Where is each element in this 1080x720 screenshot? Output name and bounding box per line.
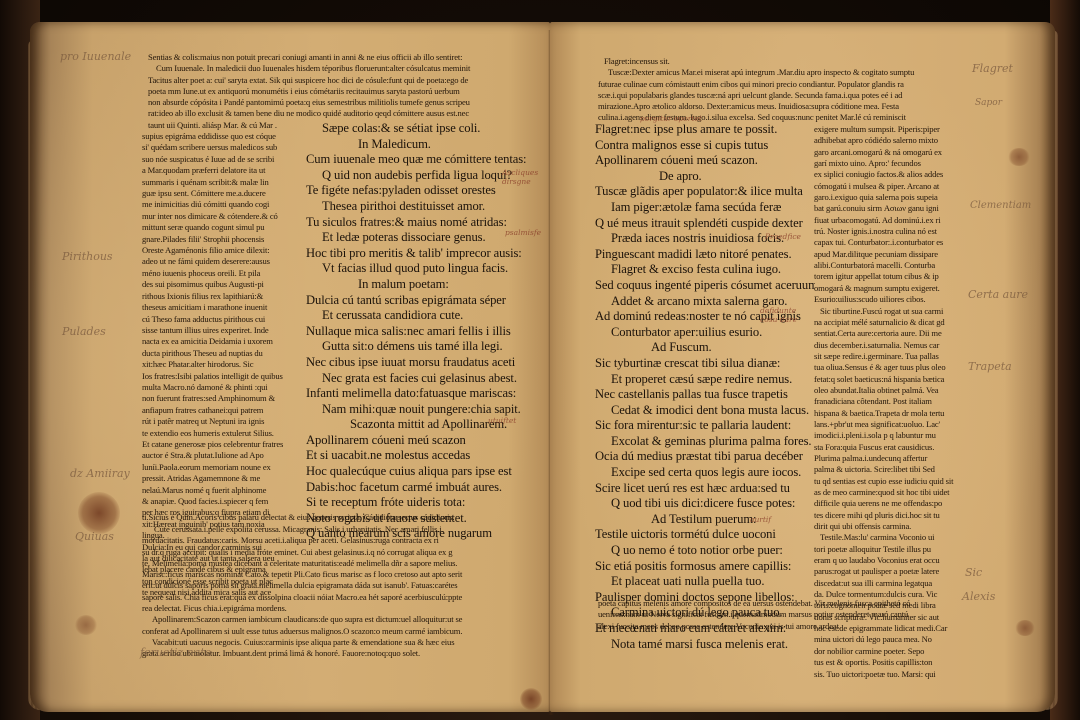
verse-line: Gutta sit:o démens uis tamé illa legi. [306,339,546,355]
commentary-line: des sui pisomimus quibus Augusti-pi [142,279,302,290]
verse-line: Conturbator aper:uilius esurio. [595,325,815,341]
commentary-line: poeta capitus melenis amore compositos d… [598,598,960,609]
verse-line: Sic etiá positis formosus amere capillis… [595,559,815,575]
verse-line: Sic fora mirentur:sic te pallaria lauden… [595,418,815,434]
verse-line: Hoc tibi pro meritis & talib' imprecor a… [306,246,546,262]
commentary-line: futurae culinae cum cómistautt enim cibo… [598,79,978,90]
verse-line: Thesea pirithoi destituisset amor. [306,199,546,215]
verse-line: Nullaque mica salis:nec amari fellis i i… [306,324,546,340]
verse-line: Q uanto mearum scis amore nugarum [306,526,546,542]
commentary-line: erit:ut dulcis saporis poma sit grata.me… [142,580,532,591]
commentary-line: adeo ut ne fámi quidem deserere:ausus [142,256,302,267]
commentary-line: pressit. Atridas Agamemnone & me [142,473,302,484]
commentary-line: tori poetæ alloquitur Testile illus pu [814,544,960,555]
commentary-line: te extendio eos humeris extulerut Silius… [142,428,302,439]
commentary-line: apud Mar.dilitque pecuniam dissipare [814,249,960,260]
commentary-line: me inimicitias diú cómitti quando cogi [142,199,302,210]
commentary-line: Marisc:ficus mariscas nominat Cato.& tep… [142,569,532,580]
verse-line: Iam piger:ætolæ fama secúda feræ [595,200,815,216]
commentary-line: dor nobilior carmine poeter. Sepo [814,646,960,657]
verse-line: Excolat & geminas plurima palma fores. [595,434,815,450]
commentary-line: garo arcani.omogarú & ná omogarú ex [814,147,960,158]
commentary-line: trú. Noster ignis.i.nostra culina nó est [814,226,960,237]
commentary-line: na accipiat mélé saturnalicio & dicat gd [814,317,960,328]
commentary-line: tua oliua.Sensus é & ager tuus plus oleo [814,362,960,373]
stain [520,688,542,710]
commentary-line: rat:ideo ab illo exclusit & tamen bene d… [148,108,548,119]
margin-note: Sic [965,566,982,579]
red-annotation: Ascliques dirsgne [502,168,542,186]
verse-line: Nam mihi:quæ nouit pungere:chia sapit. [306,402,546,418]
verse-line: Flagret & exciso festa culina iugo. [595,262,815,278]
commentary-line: dirit qui ubi offensis carmina. [814,521,960,532]
commentary-line: Testile.Mas:lu' carmina Voconio ui [814,532,960,543]
commentary-line: mittunt seræ quando cogunt simul pu [142,222,302,233]
red-annotation: porgitur oportet [640,114,702,123]
verse-line: Sed coquus ingenté piperis cósumet aceru… [595,278,815,294]
verse-line: Pinguescant madidi læto nitoré penates. [595,247,815,263]
epigram-title: Ad Testilum puerum: [595,512,815,528]
commentary-line: sis. Tuo uictori:poetæ tuo. Marsi: qui [814,669,960,680]
commentary-line: nacta ex ea amicitia Deidamia i uxorem [142,336,302,347]
commentary-line: difficile quia uerens ne me offendas:po [814,498,960,509]
epigram-title: De apro. [595,169,815,185]
margin-note: Pulades [62,325,106,338]
stain [1008,148,1030,166]
verse-line: Infanti melimella dato:fatuasque marisca… [306,386,546,402]
commentary-line: & anapiæ. Quod facies.i.spiecer q fem [142,496,302,507]
commentary-line: Et catane generosæ pios celebrentur frat… [142,439,302,450]
commentary-line: su dr.q ruga accipit: qualis i media fró… [142,547,532,558]
verse-line: Si te receptum fróte uideris tota: [306,495,546,511]
left-commentary-bottom: Cute cerussata.i.pelle expolita cerussa.… [142,524,532,660]
commentary-line: ex siplici coniugio factos.& alios addes [814,169,960,180]
commentary-line: te. Melimella:poma mustea dicebant a cel… [142,558,532,569]
margin-note: dz Amiiray [70,467,130,480]
epigram-title: In Maledicum. [306,137,546,153]
verse-line: Sic tyburtinæ crescat tibi silua dianæ: [595,356,815,372]
commentary-line: imodici.i.pleni.i.sola p q labuntur mu [814,430,960,441]
commentary-line: tus est & oportis. Positis capillis:ton [814,657,960,668]
commentary-line: sit sæpe redire.i.germinare. Tua pallas [814,351,960,362]
commentary-line: Tacitus alter poet a: cui' saryta extat.… [148,75,548,86]
right-commentary-column: exigere multum sumpsit. Piperis:piper ad… [814,124,960,680]
commentary-line: Ios fratres:Isibi palatios intelligit de… [142,371,302,382]
commentary-line: Tuscæ:Dexter amicus Mar.ei miserat apú i… [598,67,978,78]
commentary-line: gnare.Pilades filii' Strophii phocensis [142,234,302,245]
verse-line: Noto rogabis ut fauore sustentet. [306,511,546,527]
commentary-line: luníi.Paola.eorum memoriam noune ex [142,462,302,473]
commentary-line: fiuat urbacomogatú. Ad dominú.i.ex ri [814,215,960,226]
verse-line: Et placeat uati nulla puella tuo. [595,574,815,590]
commentary-line: as de meo carmine:quod sit hoc tibi uide… [814,487,960,498]
stain [1015,620,1035,636]
verse-line: Excipe sed certa quos legis aure iocos. [595,465,815,481]
margin-note: Trapeta [968,360,1012,373]
commentary-line: Sic tiburtine.Fuscú rogat ut sua carmi [814,306,960,317]
verse-line: Apollinarem cóueni meú scazon [306,433,546,449]
commentary-line: multa Macro.nó damoné & phinti :qui [142,382,302,393]
commentary-line: Cum Iuuenale. In maledicii duo Iuuenales… [148,63,548,74]
commentary-line: méno iuuenis phoceus oreili. Et pila [142,268,302,279]
epigram-title: In malum poetam: [306,277,546,293]
verse-line: Dabis:hoc facetum carmé imbuát aures. [306,480,546,496]
commentary-line: cómogatú i mulsea & piper. Arcano at [814,181,960,192]
commentary-line: palma & uictoria. Scire:libet tibi Sed [814,464,960,475]
commentary-line: alibi.Conturbatorá macelli. Conturba [814,260,960,271]
commentary-line: xit:hæc Phatar.alter hirodorus. Sic [142,359,302,370]
commentary-line: discedat:ut sua illi carmina legatqua [814,578,960,589]
commentary-line: sta Fora:quia Fuscus erat causidicus. [814,442,960,453]
commentary-line: sentiat.Certa aure:certoria aure. Dii me [814,328,960,339]
commentary-line: rithous Ixionis filius rex lapithiarú:& [142,291,302,302]
commentary-line: guæ ipsu sent. Cómittere me.a.ducere [142,188,302,199]
commentary-line: garí mixto uino. Apro:' fecundos [814,158,960,169]
commentary-line: Esurio:uilius:scudo uiliores cibos. [814,294,960,305]
commentary-line: theseus amicitiam i marathone inuenit [142,302,302,313]
red-annotation: Praedfice [765,232,801,241]
verse-line: Nota tamé marsi fusca melenis erat. [595,637,815,653]
red-annotation: utuiftet [488,416,516,425]
commentary-line: bat garú.conuiu sirm Ασιων ganu igni [814,203,960,214]
verse-line: Sæpe colas:& se sétiat ipse coli. [306,121,546,137]
verse-line: Dulcia cú tantú scribas epigrámata séper [306,293,546,309]
commentary-line: anfiapum fratres cathanei:qui patrem [142,405,302,416]
verse-line: Flagret:nec ipse plus amare te possit. [595,122,815,138]
commentary-line: lans.+pbr'ut mea significat:uoluo. Lac' [814,419,960,430]
commentary-line: Sentias & colis:maius non potuit precari… [148,52,548,63]
commentary-line: auctor é Stra.& plutat.Iulione ad Apo [142,450,302,461]
red-annotation: defidunte cosu dare [760,306,810,324]
verse-line: Nec cibus ipse iuuat morsu fraudatus ace… [306,355,546,371]
commentary-line: alexi fuosita meos debeo posse ostendere… [598,621,960,632]
commentary-line: omogará & magnum sumptu exigeret. [814,283,960,294]
left-commentary-top: Sentias & colis:maius non potuit precari… [148,52,548,131]
commentary-line: dius december.i.saturnalia. Nemus car [814,340,960,351]
right-commentary-bottom: poeta capitus melenis amore compositos d… [598,598,960,632]
commentary-line: eram q uo laudabo Voconius erat occu [814,555,960,566]
commentary-line: rea delectat. Ficus chia.i.epigráma mord… [142,603,532,614]
verse-line: Q uod tibi uis dici:dicere fusce potes: [595,496,815,512]
verse-line: Q uo nemo é toto notior orbe puer: [595,543,815,559]
commentary-line: mirazione.Apro ætolico aldorso. Dexter:a… [598,101,978,112]
verse-line: Tuscæ glãdis aper populator:& ilice mult… [595,184,815,200]
commentary-line: ueniens:nam ut Neiva significat fuscam.i… [598,609,960,620]
verse-line: Cedat & imodici dent bona musta lacus. [595,403,815,419]
verse-line: Contra malignos esse si cupis tutus [595,138,815,154]
commentary-line: scæ.i.qui populabaris glandes tuscæ:ná a… [598,90,978,101]
margin-note: feruetiz nato [140,646,211,659]
verse-line: Apollinarem cóueni meú scazon. [595,153,815,169]
commentary-line: suo nóe suspicatus é Iuue ad de se scrib… [142,154,302,165]
commentary-line: conferat ad Apollinarem si uult esse tut… [142,626,532,637]
commentary-line: ducta pirithous Theseu ad nuptias du [142,348,302,359]
commentary-line: non absurde cópósita i Pandé pantomimú p… [148,97,548,108]
verse-line: Hoc qualecúque cuius aliqua pars ipse es… [306,464,546,480]
commentary-line: rút i patêr matreq ut Neptuni ira ignis [142,416,302,427]
commentary-line: sisse tantum illius uires experiret. Ind… [142,325,302,336]
commentary-line: Apollinarem:Scazon carmen iambicum claud… [142,614,532,625]
right-verse-block: Flagret:nec ipse plus amare te possit. C… [595,122,815,652]
commentary-line: torem igitur appellat totum cibus & ip [814,271,960,282]
commentary-line: capax tui. Conturbator:.i.conturbator es [814,237,960,248]
commentary-line: nelaú.Marus nomé q fuerit alphinome [142,485,302,496]
red-annotation: psalmisfe [505,228,541,237]
commentary-line: Flagret:incensus sit. [598,56,978,67]
commentary-line: Oreste Agaménonis filio amice dilexit: [142,245,302,256]
commentary-line: adhibebat apro códiédo salerno mixto [814,135,960,146]
verse-line: Vt facias illud quod puto lingua facis. [306,261,546,277]
commentary-line: hispana & baetica.Trapeta dr mola tertu [814,408,960,419]
commentary-line: si' quédam scribere uersus maledicos sub [142,142,302,153]
verse-line: Cum iuuenale meo quæ me cómittere tentas… [306,152,546,168]
commentary-line: supius epigráma eddidisse quo est cóque [142,131,302,142]
margin-note: Clementiam [970,200,1031,211]
commentary-line: poeta mm Iune.ut ex antiquorú monumétis … [148,86,548,97]
verse-line: Nec castellanis pallas tua fusce trapeti… [595,387,815,403]
commentary-line: sapore salis. Chia ficus erat:quá ex dis… [142,592,532,603]
commentary-line: tu qd sentias est cupio esse iudiciu qui… [814,476,960,487]
commentary-line: fetat:q solet baeticus:ná hispania bætic… [814,374,960,385]
commentary-line: garo.i.exiguo quia salerna pois supeia [814,192,960,203]
verse-line: Et properet cæsú sæpe redire nemus. [595,372,815,388]
commentary-line: tes dicere mihi qd pluris dici.hoc sit t… [814,510,960,521]
margin-note: Certa aure [968,288,1028,301]
commentary-line: cú Theso fama adductus pirithous cui [142,314,302,325]
commentary-line: non fuerunt fratres:sed Amphinomum & [142,393,302,404]
commentary-line: mur inter nos dimicare & cótendere.& có [142,211,302,222]
commentary-line: oleo abundat.Italia obtinet palmá. Vea [814,385,960,396]
commentary-line: exigere multum sumpsit. Piperis:piper [814,124,960,135]
margin-note: Pirithous [62,250,113,263]
commentary-line: a Mar.quodam præferri delatore ita ut [142,165,302,176]
commentary-line: summaris i quénam scribit:& malæ lin [142,177,302,188]
commentary-line: franadiciana côtendant. Post italiam [814,396,960,407]
stain [78,492,120,534]
verse-line: Q ué meus itrauit splendéti cuspide dext… [595,216,815,232]
margin-note: Sapor [975,98,1002,108]
margin-note: Alexis [962,590,995,603]
stain [75,615,97,635]
margin-note: pro Iuuenale [60,50,131,63]
verse-line: Nec grata est facies cui gelasinus abest… [306,371,546,387]
red-annotation: aurtif [750,515,771,524]
commentary-line: parus:rogat ut paulisper a poetæ latere [814,566,960,577]
verse-line: Et cerussata candidiora cute. [306,308,546,324]
verse-line: Scire licet uerú res est hæc ardua:sed t… [595,481,815,497]
commentary-line: mina uictori dú lego pauca mea. No [814,634,960,645]
margin-note: Flagret [972,62,1013,75]
epigram-title: Ad Fuscum. [595,340,815,356]
verse-line: Et si uacabit.ne molestus accedas [306,448,546,464]
verse-line: Testile uictoris tormétú dulce uoconi [595,527,815,543]
verse-line: Ocia dú medius præstat tibi parua decébe… [595,449,815,465]
commentary-line: Plurima palma.i.undecunq affertur [814,453,960,464]
